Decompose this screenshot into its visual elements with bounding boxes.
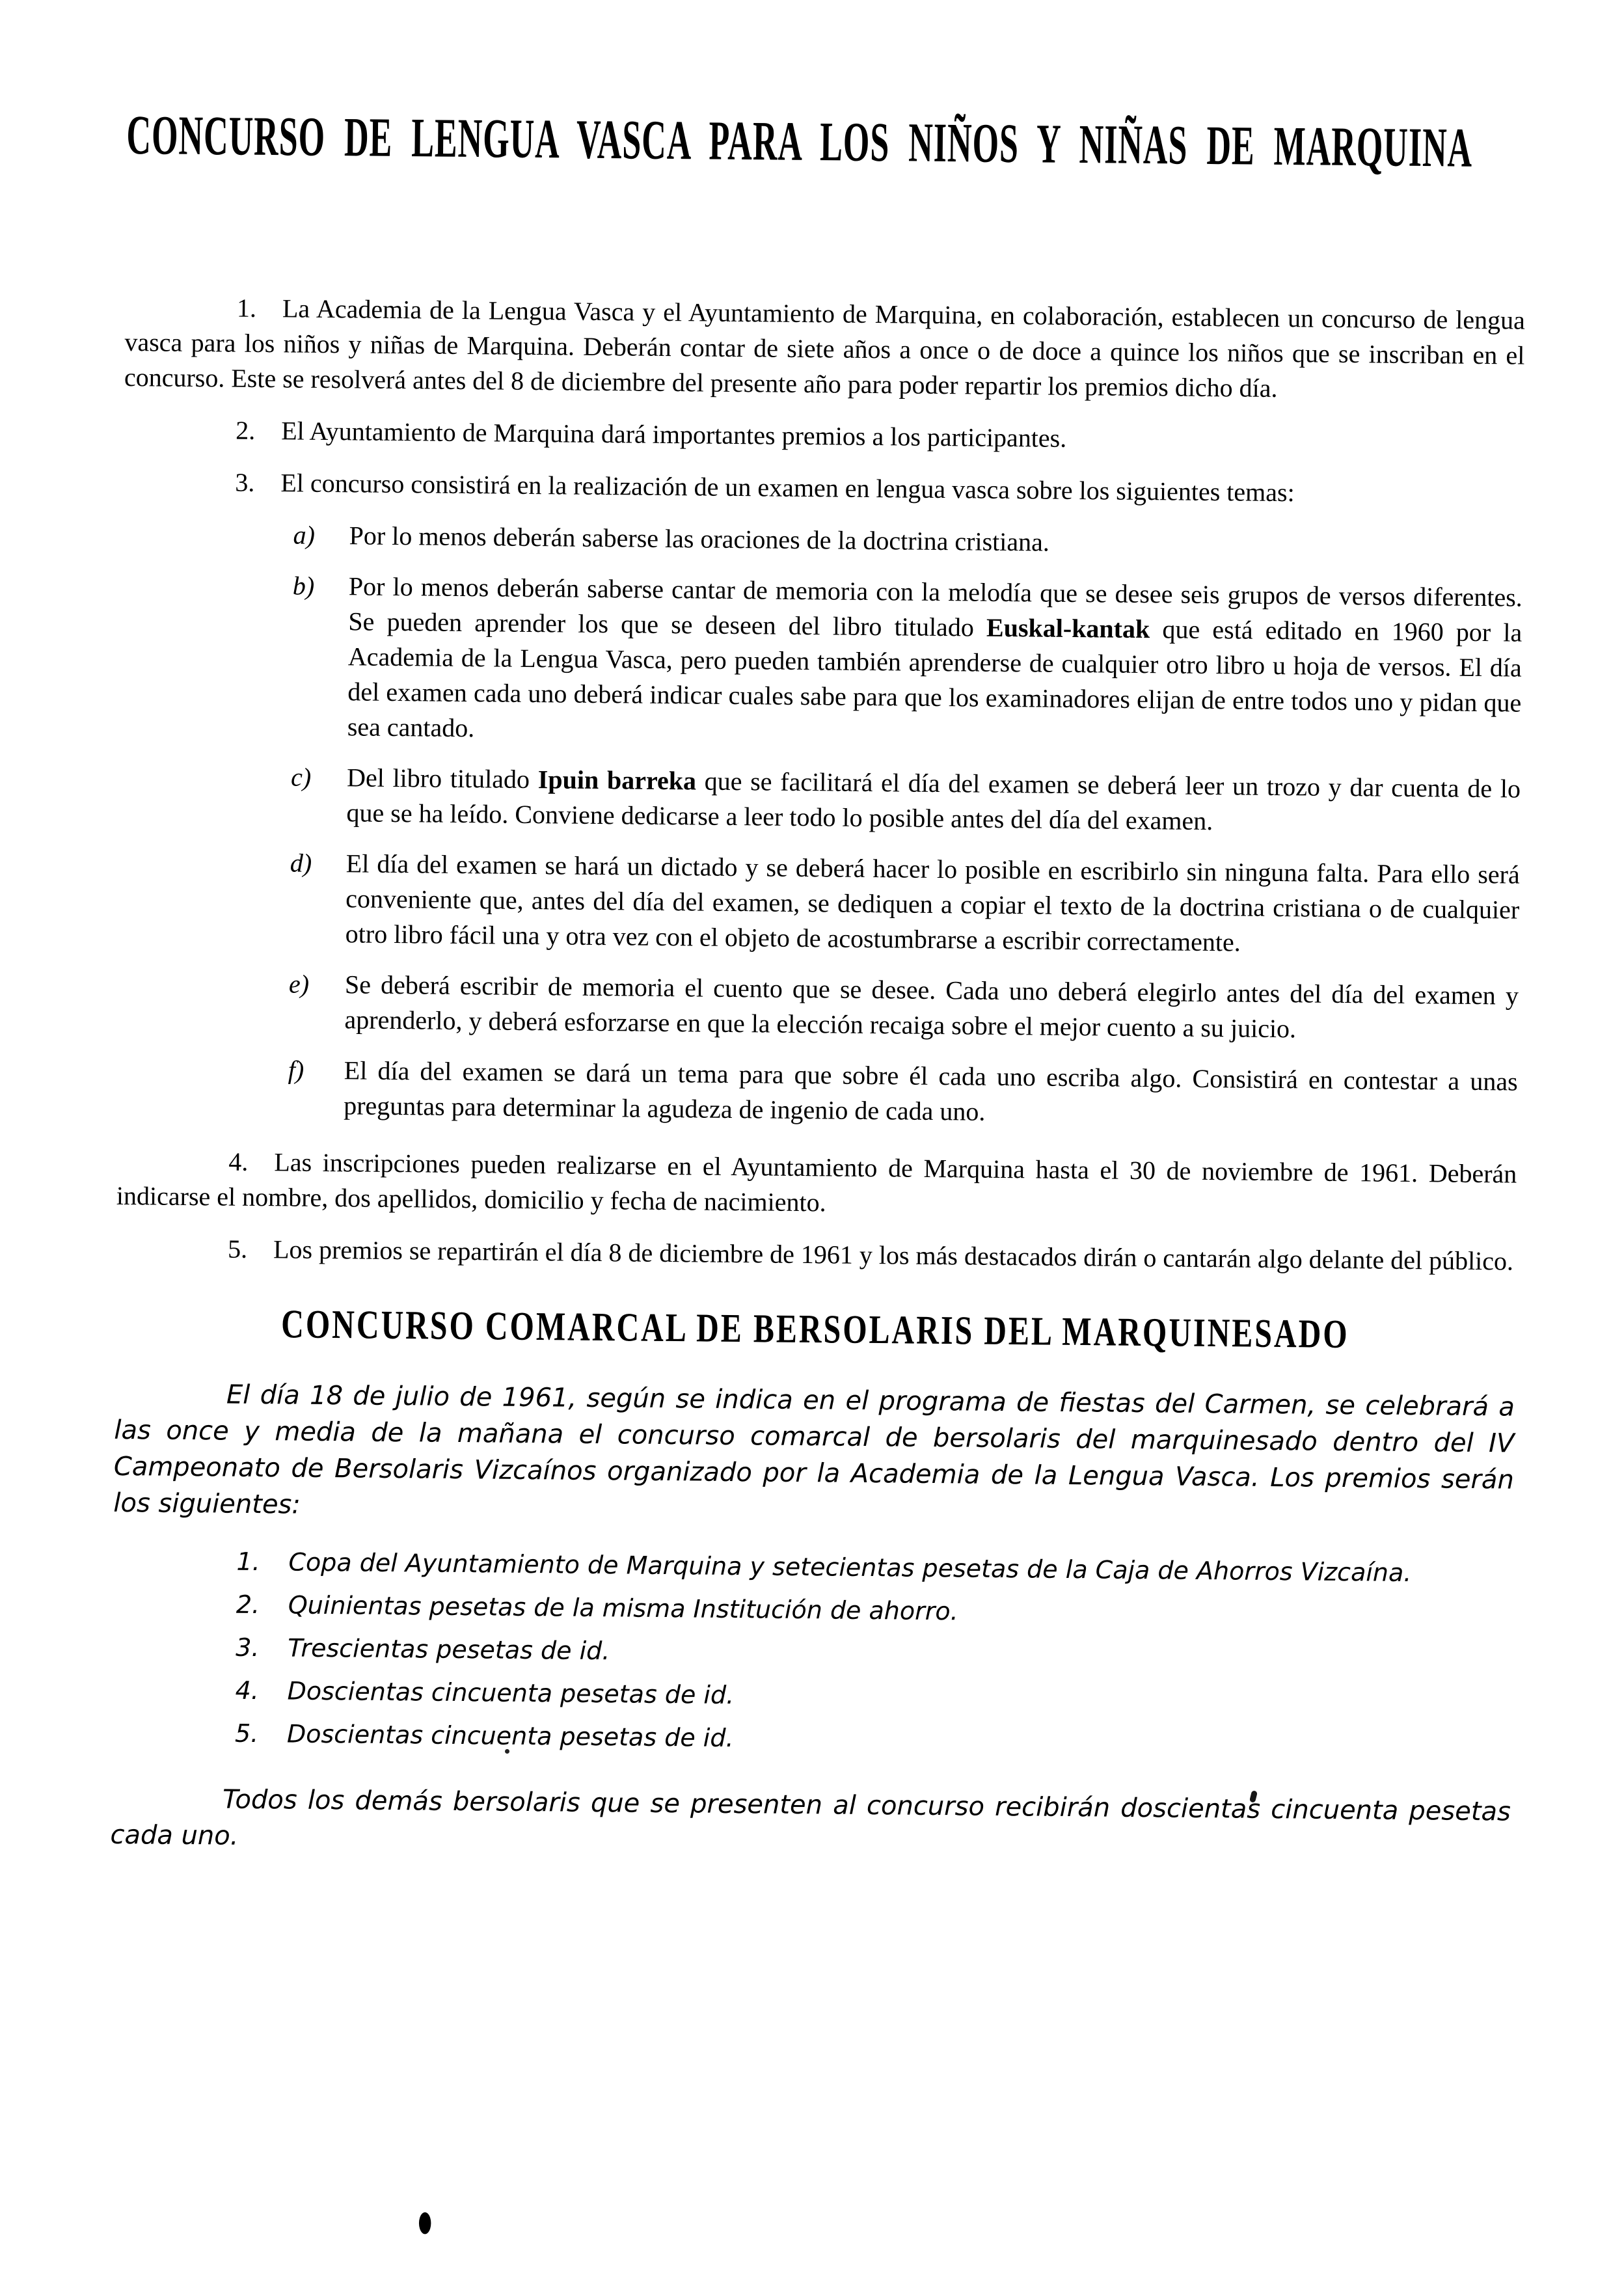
paragraph-number: 5. [228,1234,273,1264]
prize-item: 5.Doscientas cincuenta pesetas de id. [111,1717,1511,1761]
section-lengua-vasca: 1.La Academia de la Lengua Vasca y el Ay… [116,290,1525,1279]
prize-number: 2. [236,1589,288,1621]
book-title-bold: Euskal-kantak [986,613,1150,644]
item-label: a) [293,517,349,553]
prize-text: Copa del Ayuntamiento de Marquina y sete… [288,1546,1513,1589]
item-label: c) [290,759,347,830]
prize-text: Doscientas cincuenta pesetas de id. [287,1675,1511,1718]
item-text-segment: Por lo menos deberán saberse las oracion… [349,521,1049,556]
lettered-list: a)Por lo menos deberán saberse las oraci… [117,516,1523,1135]
prize-text: Quinientas pesetas de la misma Instituci… [288,1589,1513,1632]
item-text: Por lo menos deberán saberse las oracion… [349,518,1522,564]
prize-number: 4. [235,1675,287,1707]
section-heading: CONCURSO COMARCAL DE BERSOLARIS DEL MARQ… [115,1299,1516,1359]
paragraph-number: 4. [228,1147,274,1177]
prize-item: 1.Copa del Ayuntamiento de Marquina y se… [113,1545,1513,1590]
item-text: El día del examen se dará un tema para q… [344,1053,1518,1134]
page-content: CONCURSO DE LENGUA VASCA PARA LOS NIÑOS … [110,104,1527,1867]
prize-number: 1. [236,1546,288,1578]
end-bullet: ● [418,2207,432,2236]
intro-paragraph: El día 18 de julio de 1961, según se ind… [113,1376,1515,1535]
paragraph-number: 2. [236,416,281,446]
lettered-item: f)El día del examen se dará un tema para… [117,1051,1518,1135]
item-text-segment: El día del examen se hará un dictado y s… [345,849,1520,957]
item-label: d) [290,845,347,951]
numbered-paragraph: 4.Las inscripciones pueden realizarse en… [116,1143,1517,1227]
lettered-item: b)Por lo menos deberán saberse cantar de… [121,567,1522,756]
item-text-segment: El día del examen se dará un tema para q… [344,1055,1518,1126]
lettered-item: d)El día del examen se hará un dictado y… [119,844,1520,963]
item-text: Se deberá escribir de memoria el cuento … [344,967,1519,1048]
prize-list: 1.Copa del Ayuntamiento de Marquina y se… [111,1545,1513,1761]
numbered-paragraphs-bottom: 4.Las inscripciones pueden realizarse en… [116,1143,1517,1279]
item-text-segment: Del libro titulado [347,763,538,794]
item-text: Del libro titulado Ipuin barreka que se … [346,760,1521,841]
prize-text: Doscientas cincuenta pesetas de id. [287,1718,1511,1761]
numbered-paragraph: 3.El concurso consistirá en la realizaci… [123,464,1523,513]
numbered-paragraph: 1.La Academia de la Lengua Vasca y el Ay… [124,290,1525,409]
book-title-bold: Ipuin barreka [538,765,697,795]
numbered-paragraph: 5.Los premios se repartirán el día 8 de … [116,1230,1516,1279]
item-text: El día del examen se hará un dictado y s… [345,846,1520,962]
ink-speck [505,1749,509,1754]
lettered-item: e)Se deberá escribir de memoria el cuent… [118,965,1519,1049]
paragraph-number: 3. [235,468,280,498]
prize-item: 2.Quinientas pesetas de la misma Institu… [113,1588,1513,1633]
item-label: f) [288,1052,344,1123]
paragraph-number: 1. [237,293,282,323]
numbered-paragraphs-top: 1.La Academia de la Lengua Vasca y el Ay… [123,290,1525,513]
closing-paragraph: Todos los demás bersolaris que se presen… [110,1780,1511,1867]
item-text-segment: Se deberá escribir de memoria el cuento … [344,970,1519,1043]
item-text: Por lo menos deberán saberse cantar de m… [347,569,1523,755]
document-title: CONCURSO DE LENGUA VASCA PARA LOS NIÑOS … [126,104,1526,225]
item-label: e) [288,966,345,1037]
prize-text: Trescientas pesetas de id. [288,1632,1512,1675]
document-page: CONCURSO DE LENGUA VASCA PARA LOS NIÑOS … [0,0,1624,2282]
prize-item: 3.Trescientas pesetas de id. [112,1631,1512,1676]
numbered-paragraph: 2.El Ayuntamiento de Marquina dará impor… [124,412,1524,461]
prize-number: 5. [235,1718,287,1750]
prize-number: 3. [236,1632,288,1664]
lettered-item: c)Del libro titulado Ipuin barreka que s… [120,758,1521,842]
lettered-item: a)Por lo menos deberán saberse las oraci… [122,516,1522,565]
item-label: b) [291,568,349,744]
prize-item: 4.Doscientas cincuenta pesetas de id. [111,1674,1511,1718]
section-bersolaris: CONCURSO COMARCAL DE BERSOLARIS DEL MARQ… [110,1299,1515,1867]
